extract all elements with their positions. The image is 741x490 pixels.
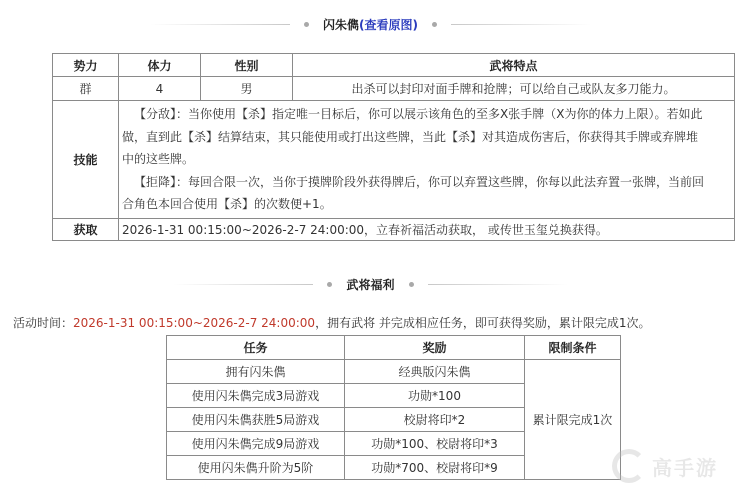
task-cell: 使用闪朱儁升阶为5阶: [167, 456, 345, 480]
table-header-row: 任务 奖励 限制条件: [167, 336, 621, 360]
header-hp: 体力: [119, 54, 201, 77]
reward-cell: 功勋*100、校尉将印*3: [345, 432, 525, 456]
header-traits: 武将特点: [293, 54, 735, 77]
table-row: 群 4 男 出杀可以封印对面手牌和抢牌；可以给自己或队友多刀能力。: [53, 77, 735, 101]
divider-dot-right: [409, 282, 414, 287]
table-header-row: 势力 体力 性别 武将特点: [53, 54, 735, 77]
reward-table: 任务 奖励 限制条件 拥有闪朱儁 经典版闪朱儁 累计限完成1次 使用闪朱儁完成3…: [166, 335, 621, 480]
watermark: 高手游: [612, 446, 737, 486]
activity-time-range: 2026-1-31 00:15:00~2026-2-7 24:00:00: [73, 316, 315, 330]
watermark-text: 高手游: [652, 452, 718, 481]
general-name: 闪朱儁: [323, 16, 359, 33]
task-cell: 使用闪朱儁完成3局游戏: [167, 384, 345, 408]
divider-dot-left: [327, 282, 332, 287]
traits-value: 出杀可以封印对面手牌和抢牌；可以给自己或队友多刀能力。: [293, 77, 735, 101]
activity-info: 活动时间：2026-1-31 00:15:00~2026-2-7 24:00:0…: [13, 314, 651, 331]
watermark-logo-icon: [612, 449, 646, 483]
reward-cell: 功勋*100: [345, 384, 525, 408]
general-info-table: 势力 体力 性别 武将特点 群 4 男 出杀可以封印对面手牌和抢牌；可以给自己或…: [52, 53, 735, 241]
divider-line-left: [150, 24, 290, 25]
divider-dot-left: [304, 22, 309, 27]
header-gender: 性别: [201, 54, 293, 77]
divider-line-right: [428, 284, 568, 285]
task-cell: 使用闪朱儁获胜5局游戏: [167, 408, 345, 432]
skills-description: 【分敌】：当你使用【杀】指定唯一目标后，你可以展示该角色的至多X张手牌（X为你的…: [119, 101, 735, 219]
faction-value: 群: [53, 77, 119, 101]
task-cell: 拥有闪朱儁: [167, 360, 345, 384]
obtain-row: 获取 2026-1-31 00:15:00~2026-2-7 24:00:00，…: [53, 218, 735, 240]
activity-description: ，拥有武将 并完成相应任务，即可获得奖励，累计限完成1次。: [315, 316, 650, 330]
reward-cell: 校尉将印*2: [345, 408, 525, 432]
header-reward: 奖励: [345, 336, 525, 360]
skill-fendi-line-1: 【分敌】：当你使用【杀】指定唯一目标后，你可以展示该角色的至多X张手牌（X为你的…: [122, 103, 732, 126]
divider-dot-right: [432, 22, 437, 27]
skill-fendi-line-2: 做，直到此【杀】结算结束，其只能使用或打出这些牌，当此【杀】对其造成伤害后，你获…: [122, 126, 732, 149]
welfare-title: 武将福利: [346, 276, 394, 293]
header-task: 任务: [167, 336, 345, 360]
header-faction: 势力: [53, 54, 119, 77]
skills-label: 技能: [53, 101, 119, 219]
skill-juxiang-line-2: 合角色本回合使用【杀】的次数便+1。: [122, 193, 732, 216]
divider-line-left: [173, 284, 313, 285]
table-row: 拥有闪朱儁 经典版闪朱儁 累计限完成1次: [167, 360, 621, 384]
reward-cell: 经典版闪朱儁: [345, 360, 525, 384]
skills-row: 技能 【分敌】：当你使用【杀】指定唯一目标后，你可以展示该角色的至多X张手牌（X…: [53, 101, 735, 219]
obtain-text: 2026-1-31 00:15:00~2026-2-7 24:00:00，立春祈…: [119, 218, 735, 240]
divider-line-right: [451, 24, 591, 25]
reward-cell: 功勋*700、校尉将印*9: [345, 456, 525, 480]
welfare-title-bar: 武将福利: [0, 274, 741, 294]
gender-value: 男: [201, 77, 293, 101]
task-cell: 使用闪朱儁完成9局游戏: [167, 432, 345, 456]
activity-label: 活动时间：: [13, 316, 73, 330]
hp-value: 4: [119, 77, 201, 101]
header-limit: 限制条件: [525, 336, 621, 360]
skill-juxiang-line-1: 【拒降】：每回合限一次，当你于摸牌阶段外获得牌后，你可以弃置这些牌，你每以此法弃…: [122, 171, 732, 194]
skill-fendi-line-3: 中的这些牌。: [122, 148, 732, 171]
limit-cell: 累计限完成1次: [525, 360, 621, 480]
view-original-link[interactable]: (查看原图): [359, 16, 418, 33]
obtain-label: 获取: [53, 218, 119, 240]
general-title-bar: 闪朱儁 (查看原图): [0, 14, 741, 34]
